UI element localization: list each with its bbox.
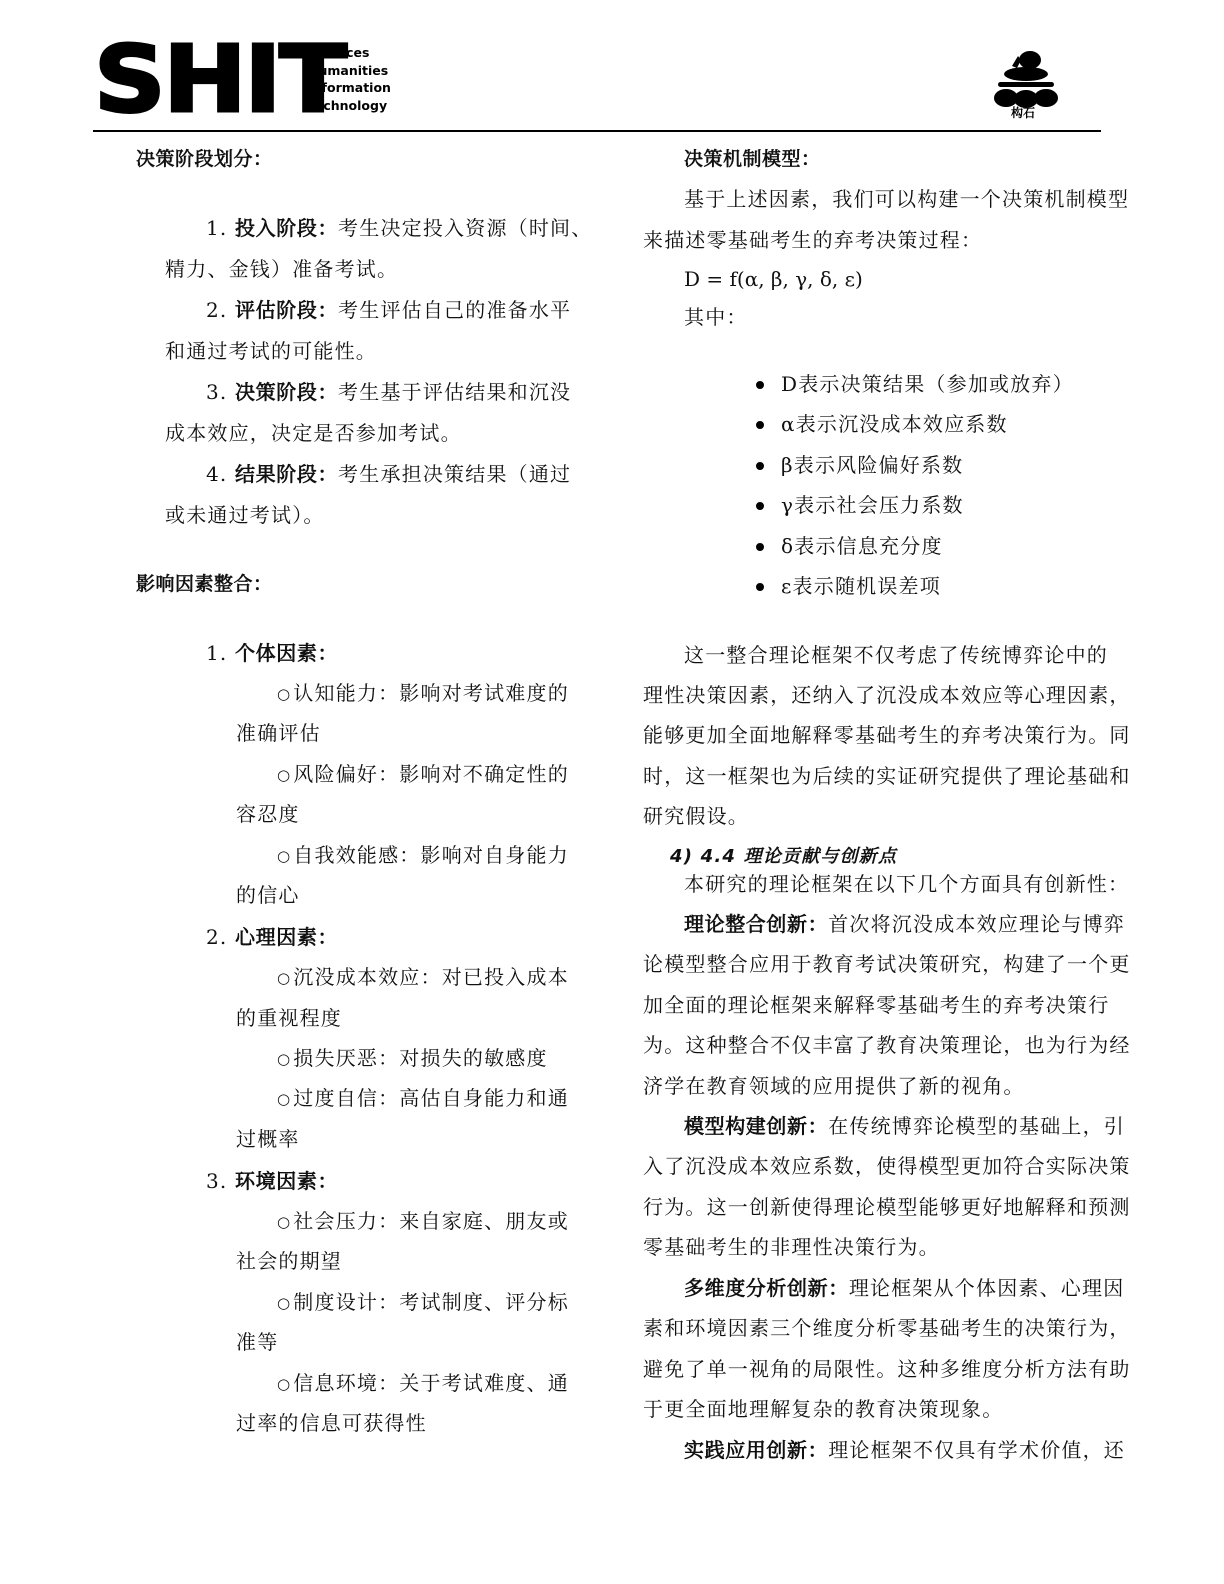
variable-item: D表示决策结果（参加或放弃） [781,372,1074,396]
factor-item: ○损失厌恶：对损失的敏感度 [277,1046,548,1072]
factor-item-cont: 社会的期望 [236,1249,342,1273]
logo-label: 构石 [1011,104,1035,121]
factor-item-cont: 容忍度 [236,802,300,826]
section-intro: 本研究的理论框架在以下几个方面具有创新性： [684,872,1129,896]
innovation-cont: 行为。这一创新使得理论模型能够更好地解释和预测 [643,1195,1131,1219]
innovation-cont: 论模型整合应用于教育考试决策研究，构建了一个更 [643,952,1131,976]
factor-item: ○自我效能感：影响对自身能力 [277,843,569,869]
bullet-dot-icon [756,421,764,429]
circle-bullet-icon: ○ [277,1375,291,1393]
bullet-dot-icon [756,381,764,389]
innovation-cont: 济学在教育领域的应用提供了新的视角。 [643,1074,1025,1098]
circle-bullet-icon: ○ [277,766,291,784]
circle-bullet-icon: ○ [277,847,291,865]
bullet-dot-icon [756,462,764,470]
formula: D = f(α, β, γ, δ, ε) [684,267,863,291]
factors-heading: 影响因素整合： [136,572,273,596]
summary-line: 能够更加全面地解释零基础考生的弃考决策行为。同 [643,723,1131,747]
factor-group-title: 1. 个体因素： [206,641,338,665]
summary-line: 时，这一框架也为后续的实证研究提供了理论基础和 [643,764,1131,788]
stage-item-cont: 或未通过考试）。 [165,503,325,527]
where-label: 其中： [684,305,748,329]
summary-line: 这一整合理论框架不仅考虑了传统博弈论中的 [684,643,1108,667]
section-heading: 4) 4.4 理论贡献与创新点 [670,845,897,869]
innovation-item: 实践应用创新：理论框架不仅具有学术价值，还 [684,1438,1125,1462]
factor-item-cont: 准确评估 [236,721,321,745]
stage-item-cont: 和通过考试的可能性。 [165,339,377,363]
stage-item: 4. 结果阶段：考生承担决策结果（通过 [206,462,571,486]
factor-item-cont: 准等 [236,1330,278,1354]
innovation-item: 模型构建创新：在传统博弈论模型的基础上，引 [684,1114,1125,1138]
factor-item-cont: 过率的信息可获得性 [236,1411,427,1435]
model-intro: 基于上述因素，我们可以构建一个决策机制模型 [684,187,1129,211]
model-heading: 决策机制模型： [684,147,821,171]
logo-word: Sciences [308,44,391,62]
factor-item: ○风险偏好：影响对不确定性的 [277,762,569,788]
factor-item: ○制度设计：考试制度、评分标 [277,1290,569,1316]
variable-item: ε表示随机误差项 [781,574,941,598]
variable-item: α表示沉没成本效应系数 [781,412,1008,436]
factor-item-cont: 过概率 [236,1127,300,1151]
factor-item: ○认知能力：影响对考试难度的 [277,681,569,707]
logo-word: Information [308,79,391,97]
stage-item: 3. 决策阶段：考生基于评估结果和沉没 [206,380,571,404]
logo-word: Technology [308,97,391,115]
innovation-item: 多维度分析创新：理论框架从个体因素、心理因 [684,1276,1124,1300]
innovation-cont: 于更全面地理解复杂的教育决策现象。 [643,1397,1003,1421]
circle-bullet-icon: ○ [277,1090,291,1108]
variable-item: δ表示信息充分度 [781,534,943,558]
factor-item-cont: 的信心 [236,883,300,907]
factor-group-title: 2. 心理因素： [206,925,338,949]
circle-bullet-icon: ○ [277,1050,291,1068]
stage-item-cont: 成本效应，决定是否参加考试。 [165,421,462,445]
innovation-cont: 零基础考生的非理性决策行为。 [643,1235,940,1259]
factor-item: ○信息环境：关于考试难度、通 [277,1371,569,1397]
factor-item: ○沉没成本效应：对已投入成本 [277,965,569,991]
logo-words: Sciences Humanities Information Technolo… [308,44,391,114]
factor-item: ○社会压力：来自家庭、朋友或 [277,1209,569,1235]
stage-item: 1. 投入阶段：考生决定投入资源（时间、 [206,216,592,240]
innovation-cont: 加全面的理论框架来解释零基础考生的弃考决策行 [643,993,1109,1017]
stages-heading: 决策阶段划分： [136,147,273,171]
header-divider [93,130,1101,132]
summary-line: 理性决策因素，还纳入了沉没成本效应等心理因素， [643,683,1131,707]
summary-line: 研究假设。 [643,804,749,828]
factor-item: ○过度自信：高估自身能力和通 [277,1086,569,1112]
factor-group-title: 3. 环境因素： [206,1169,338,1193]
circle-bullet-icon: ○ [277,685,291,703]
variable-item: γ表示社会压力系数 [781,493,964,517]
variable-item: β表示风险偏好系数 [781,453,963,477]
circle-bullet-icon: ○ [277,1294,291,1312]
stage-item: 2. 评估阶段：考生评估自己的准备水平 [206,298,571,322]
circle-bullet-icon: ○ [277,969,291,987]
circle-bullet-icon: ○ [277,1213,291,1231]
innovation-item: 理论整合创新：首次将沉没成本效应理论与博弈 [684,912,1125,936]
innovation-cont: 避免了单一视角的局限性。这种多维度分析方法有助 [643,1357,1131,1381]
logo-word: Humanities [308,62,391,80]
factor-item-cont: 的重视程度 [236,1006,342,1030]
bullet-dot-icon [756,502,764,510]
model-intro-cont: 来描述零基础考生的弃考决策过程： [643,228,982,252]
bullet-dot-icon [756,583,764,591]
stage-item-cont: 精力、金钱）准备考试。 [165,257,398,281]
innovation-cont: 为。这种整合不仅丰富了教育决策理论，也为行为经 [643,1033,1131,1057]
innovation-cont: 素和环境因素三个维度分析零基础考生的决策行为， [643,1316,1131,1340]
bullet-dot-icon [756,543,764,551]
innovation-cont: 入了沉没成本效应系数，使得模型更加符合实际决策 [643,1154,1131,1178]
